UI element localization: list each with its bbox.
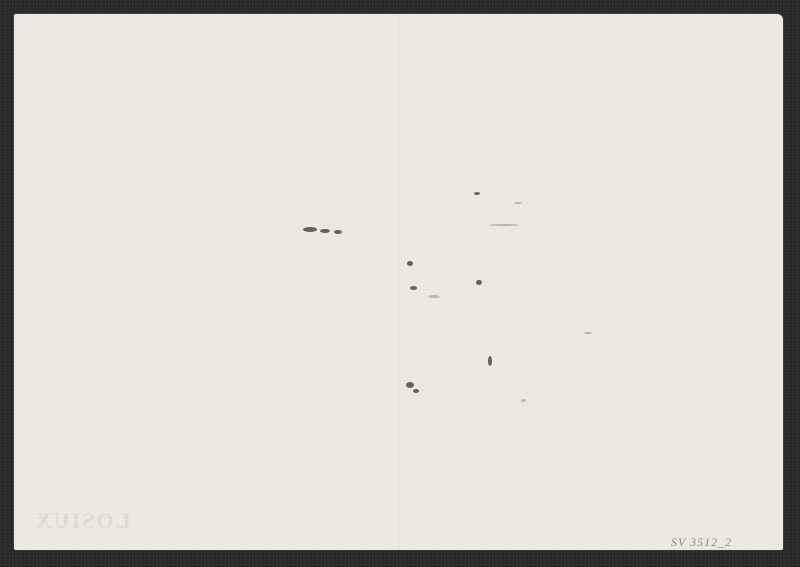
- catalog-number: SV 3512_2: [671, 535, 732, 550]
- center-fold: [399, 14, 400, 550]
- ink-speck: [406, 382, 414, 388]
- ink-speck: [428, 295, 440, 298]
- ink-speck: [514, 202, 522, 204]
- ink-speck: [413, 389, 419, 393]
- ink-speck: [474, 192, 480, 195]
- ink-speck: [489, 224, 519, 226]
- ink-speck: [410, 286, 417, 290]
- ink-speck: [334, 230, 342, 234]
- ink-speck: [521, 399, 526, 402]
- ink-speck: [320, 229, 330, 233]
- mirrored-stamp: LOSIUX: [34, 508, 130, 534]
- ink-speck: [488, 356, 492, 366]
- ink-speck: [303, 227, 317, 232]
- paper-sheet: LOSIUX SV 3512_2: [14, 14, 783, 550]
- ink-speck: [407, 261, 413, 266]
- ink-speck: [476, 280, 482, 285]
- ink-speck: [584, 332, 592, 334]
